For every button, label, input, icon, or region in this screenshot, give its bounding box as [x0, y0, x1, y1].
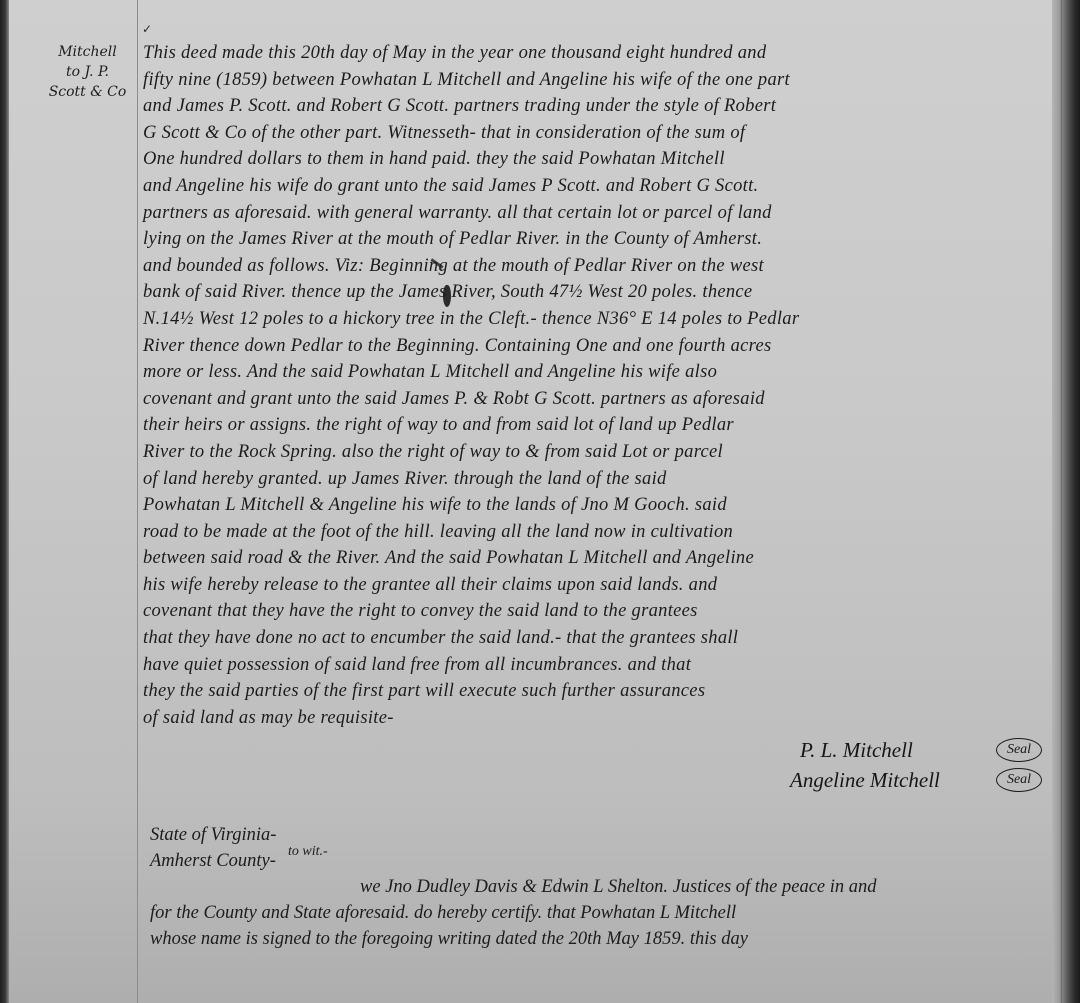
signature-block: P. L. Mitchell Seal Angeline Mitchell Se…: [790, 735, 1050, 795]
certificate-county: Amherst County-: [150, 851, 276, 871]
certificate-county-row: Amherst County- to wit.-: [150, 848, 1050, 874]
book-binding-edge: [1052, 0, 1080, 1003]
margin-note-line: Mitchell: [40, 42, 135, 62]
deed-line: River to the Rock Spring. also the right…: [143, 439, 1043, 466]
margin-note: Mitchell to J. P. Scott & Co: [40, 42, 135, 102]
deed-line: G Scott & Co of the other part. Witnesse…: [143, 120, 1043, 147]
signature-name: P. L. Mitchell: [800, 735, 913, 765]
deed-line: This deed made this 20th day of May in t…: [143, 40, 1043, 67]
deed-line: more or less. And the said Powhatan L Mi…: [143, 359, 1043, 386]
deed-line: that they have done no act to encumber t…: [143, 625, 1043, 652]
deed-line: covenant and grant unto the said James P…: [143, 386, 1043, 413]
certificate-line: whose name is signed to the foregoing wr…: [150, 926, 1050, 952]
margin-note-line: Scott & Co: [40, 82, 135, 102]
deed-line: bank of said River. thence up the James …: [143, 279, 1043, 306]
deed-line: of said land as may be requisite-: [143, 705, 1043, 732]
deed-line: One hundred dollars to them in hand paid…: [143, 146, 1043, 173]
deed-line: his wife hereby release to the grantee a…: [143, 572, 1043, 599]
signature-row: P. L. Mitchell Seal: [790, 735, 1050, 765]
to-wit-label: to wit.-: [288, 839, 328, 865]
deed-body: This deed made this 20th day of May in t…: [143, 40, 1043, 731]
binding-line: [1061, 0, 1062, 1003]
document-page: ✓ Mitchell to J. P. Scott & Co This deed…: [0, 0, 1080, 1003]
certificate-of-acknowledgment: State of Virginia- Amherst County- to wi…: [150, 822, 1050, 952]
deed-line: lying on the James River at the mouth of…: [143, 226, 1043, 253]
certificate-line: for the County and State aforesaid. do h…: [150, 900, 1050, 926]
seal-icon: Seal: [996, 738, 1042, 762]
deed-line: and bounded as follows. Viz: Beginning a…: [143, 253, 1043, 280]
seal-icon: Seal: [996, 768, 1042, 792]
margin-note-line: to J. P.: [40, 62, 135, 82]
certificate-line: we Jno Dudley Davis & Edwin L Shelton. J…: [150, 874, 1050, 900]
deed-line: covenant that they have the right to con…: [143, 598, 1043, 625]
deed-line: they the said parties of the first part …: [143, 678, 1043, 705]
deed-line: have quiet possession of said land free …: [143, 652, 1043, 679]
certificate-state: State of Virginia-: [150, 822, 1050, 848]
check-mark-icon: ✓: [142, 22, 152, 36]
deed-line: River thence down Pedlar to the Beginnin…: [143, 333, 1043, 360]
deed-line: partners as aforesaid. with general warr…: [143, 200, 1043, 227]
deed-line: N.14½ West 12 poles to a hickory tree in…: [143, 306, 1043, 333]
deed-line: of land hereby granted. up James River. …: [143, 466, 1043, 493]
deed-line: and James P. Scott. and Robert G Scott. …: [143, 93, 1043, 120]
margin-rule: [137, 0, 138, 1003]
deed-line: fifty nine (1859) between Powhatan L Mit…: [143, 67, 1043, 94]
deed-line: between said road & the River. And the s…: [143, 545, 1043, 572]
scan-left-edge: [0, 0, 9, 1003]
deed-line: their heirs or assigns. the right of way…: [143, 412, 1043, 439]
deed-line: road to be made at the foot of the hill.…: [143, 519, 1043, 546]
signature-row: Angeline Mitchell Seal: [790, 765, 1050, 795]
deed-line: and Angeline his wife do grant unto the …: [143, 173, 1043, 200]
signature-name: Angeline Mitchell: [790, 765, 940, 795]
deed-line: Powhatan L Mitchell & Angeline his wife …: [143, 492, 1043, 519]
